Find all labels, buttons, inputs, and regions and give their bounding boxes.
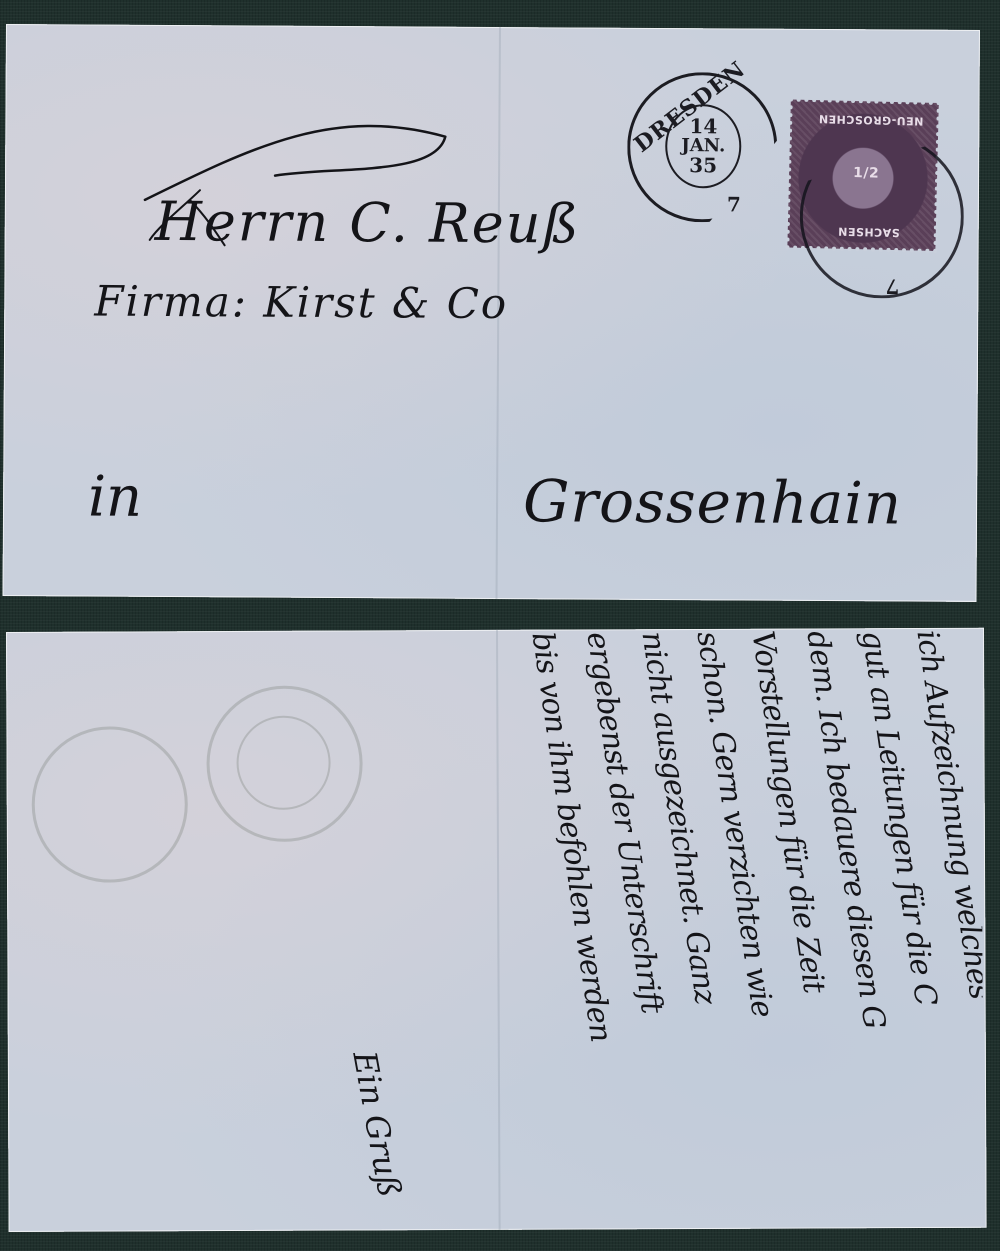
letter-cover-back: ich Aufzeichnung welches gut an Leitunge…: [6, 628, 987, 1232]
address-line-1: Herrn C. Reuß: [155, 190, 581, 256]
letter-cover-front: 14 JAN. 35 DRESDEN 7 NEU-GROSCHEN 1/2 SA…: [3, 24, 980, 602]
address-line-2: Firma: Kirst & Co: [94, 277, 508, 329]
address-line-3-prefix: in: [88, 465, 142, 530]
faint-postmark-left: [31, 726, 188, 883]
letter-closing: Ein Gruß: [345, 1048, 409, 1200]
address-city: Grossenhain: [523, 467, 902, 537]
faint-postmark-right-inner: [236, 716, 330, 810]
fold-line: [496, 630, 501, 1230]
letter-text-block: ich Aufzeichnung welches gut an Leitunge…: [501, 628, 984, 1230]
